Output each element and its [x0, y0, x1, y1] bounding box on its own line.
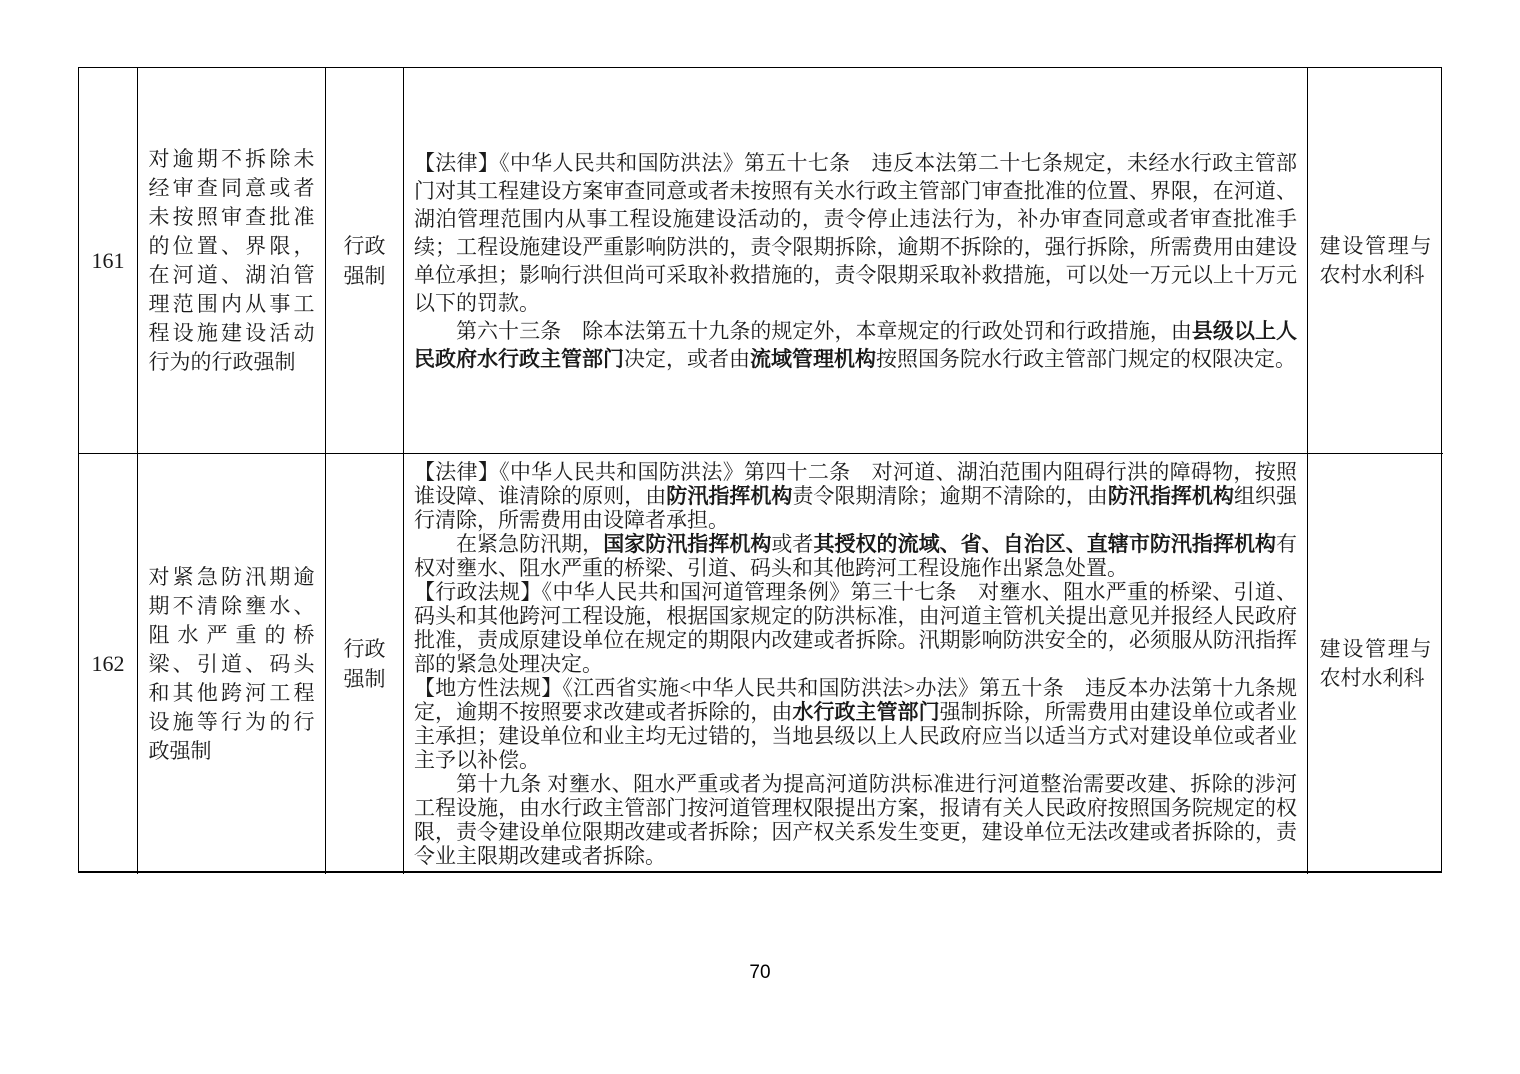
page-number: 70	[0, 962, 1520, 984]
row-161-number-cell: 161	[79, 68, 138, 454]
item-name: 对紧急防汛期逾期不清除壅水、阻水严重的桥梁、引道、码头和其他跨河工程设施等行为的…	[149, 563, 315, 766]
item-type: 行政强制	[342, 231, 388, 291]
item-type: 行政强制	[342, 634, 388, 694]
row-number: 162	[92, 651, 125, 677]
row-162-department-cell: 建设管理与农村水利科	[1308, 454, 1443, 874]
row-number: 161	[92, 248, 125, 274]
row-161-item-cell: 对逾期不拆除未经审查同意或者未按照审查批准的位置、界限，在河道、湖泊管理范围内从…	[138, 68, 326, 454]
responsible-department: 建设管理与农村水利科	[1320, 635, 1432, 693]
row-162-number-cell: 162	[79, 454, 138, 874]
row-161-legal-basis-cell: 【法律】《中华人民共和国防洪法》第五十七条 违反本法第二十七条规定，未经水行政主…	[404, 68, 1308, 454]
legal-basis-text: 【法律】《中华人民共和国防洪法》第五十七条 违反本法第二十七条规定，未经水行政主…	[404, 149, 1307, 373]
responsible-department: 建设管理与农村水利科	[1320, 232, 1432, 290]
row-161-department-cell: 建设管理与农村水利科	[1308, 68, 1443, 454]
legal-basis-text: 【法律】《中华人民共和国防洪法》第四十二条 对河道、湖泊范围内阻碍行洪的障碍物，…	[404, 460, 1307, 868]
row-161-type-cell: 行政强制	[326, 68, 404, 454]
row-162-legal-basis-cell: 【法律】《中华人民共和国防洪法》第四十二条 对河道、湖泊范围内阻碍行洪的障碍物，…	[404, 454, 1308, 874]
row-162-item-cell: 对紧急防汛期逾期不清除壅水、阻水严重的桥梁、引道、码头和其他跨河工程设施等行为的…	[138, 454, 326, 874]
row-162-type-cell: 行政强制	[326, 454, 404, 874]
item-name: 对逾期不拆除未经审查同意或者未按照审查批准的位置、界限，在河道、湖泊管理范围内从…	[149, 145, 315, 377]
enforcement-items-table: 161 对逾期不拆除未经审查同意或者未按照审查批准的位置、界限，在河道、湖泊管理…	[78, 67, 1442, 873]
document-page: 161 对逾期不拆除未经审查同意或者未按照审查批准的位置、界限，在河道、湖泊管理…	[0, 0, 1520, 1074]
